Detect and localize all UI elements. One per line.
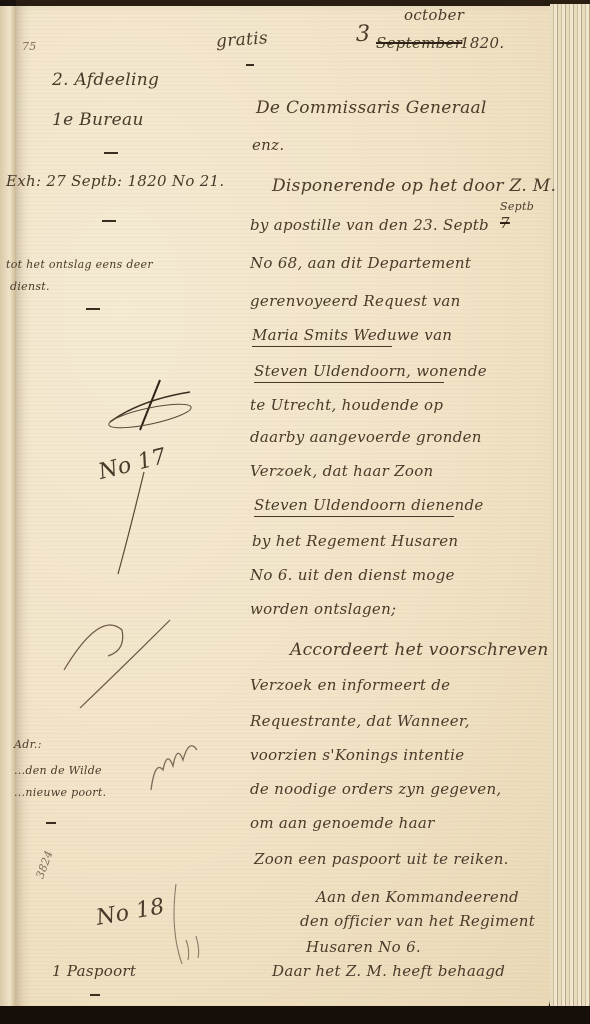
body-line-1: De Commissaris Generaal [256, 98, 487, 118]
initials-paraph-icon [100, 370, 200, 440]
body-line-7: Maria Smits Weduwe van [252, 326, 392, 347]
header-month-struck: September [376, 34, 462, 52]
body-line-6: gerenvoyeerd Request van [250, 292, 461, 310]
body-line-12: Steven Uldendoorn dienende [254, 496, 454, 517]
body-line-14: No 6. uit den dienst moge [250, 566, 455, 584]
margin-department: 2. Afdeeling [52, 70, 159, 90]
body-line-11: Verzoek, dat haar Zoon [250, 462, 434, 480]
right-page-stack [550, 4, 590, 1014]
body-line-20: de noodige orders zyn gegeven, [250, 780, 501, 798]
body-line-24: den officier van het Regiment [300, 912, 535, 930]
body-line-2: enz. [252, 136, 284, 154]
header-month-inserted: october [404, 6, 464, 24]
page-number-corner: 75 [22, 40, 37, 53]
header-gratis: gratis [215, 28, 268, 52]
body-line-10: daarby aangevoerde gronden [250, 428, 482, 446]
margin-reference: Exh: 27 Septb: 1820 No 21. [6, 172, 224, 190]
margin-scrawl-icon [168, 880, 208, 970]
body-line-13: by het Regement Husaren [252, 532, 458, 550]
signature-scrawl-icon [145, 730, 205, 800]
left-page-edge [0, 6, 17, 1006]
body-line-21: om aan genoemde haar [250, 814, 435, 832]
long-stroke-icon [110, 470, 150, 580]
signature-flourish-icon [60, 600, 190, 710]
body-line-22: Zoon een paspoort uit te reiken. [254, 850, 509, 868]
body-line-3: Disponerende op het door Z. M. [272, 176, 556, 196]
margin-note-line2: dienst. [10, 280, 50, 293]
margin-note-line1: tot het ontslag eens deer [6, 258, 153, 271]
body-line-17: Verzoek en informeert de [250, 676, 450, 694]
body-line-9: te Utrecht, houdende op [250, 396, 443, 414]
body-month-correction-inserted: Septb [500, 200, 534, 213]
margin-footer-note: 1 Paspoort [52, 962, 136, 980]
body-line-26: Daar het Z. M. heeft behaagd [272, 962, 505, 980]
dash [104, 152, 118, 154]
body-line-18: Requestrante, dat Wanneer, [250, 712, 470, 730]
bottom-shadow [0, 1006, 590, 1024]
dash [46, 822, 56, 824]
scanned-ledger-page: 75 gratis 3 october September 1820. 2. A… [0, 0, 590, 1024]
header-day: 3 [356, 22, 370, 47]
margin-adres-line3: ...nieuwe poort. [14, 786, 106, 799]
body-line-16: Accordeert het voorschreven [290, 640, 549, 660]
body-month-correction-struck: 7 [500, 214, 510, 232]
body-line-4: by apostille van den 23. Septb [250, 216, 489, 234]
body-line-19: voorzien s'Konings intentie [250, 746, 464, 764]
body-line-5: No 68, aan dit Departement [250, 254, 471, 272]
body-line-15: worden ontslagen; [250, 600, 396, 618]
header-year: 1820. [460, 34, 504, 52]
dash [86, 308, 100, 310]
body-line-8: Steven Uldendoorn, wonende [254, 362, 444, 383]
body-line-25: Husaren No 6. [306, 938, 421, 956]
margin-bureau: 1e Bureau [52, 110, 144, 130]
margin-adres-line2: ...den de Wilde [14, 764, 102, 777]
dash [90, 994, 100, 996]
dash [102, 220, 116, 222]
dash [246, 64, 254, 66]
body-line-23: Aan den Kommandeerend [316, 888, 519, 906]
margin-adres-line1: Adr.: [14, 738, 42, 751]
